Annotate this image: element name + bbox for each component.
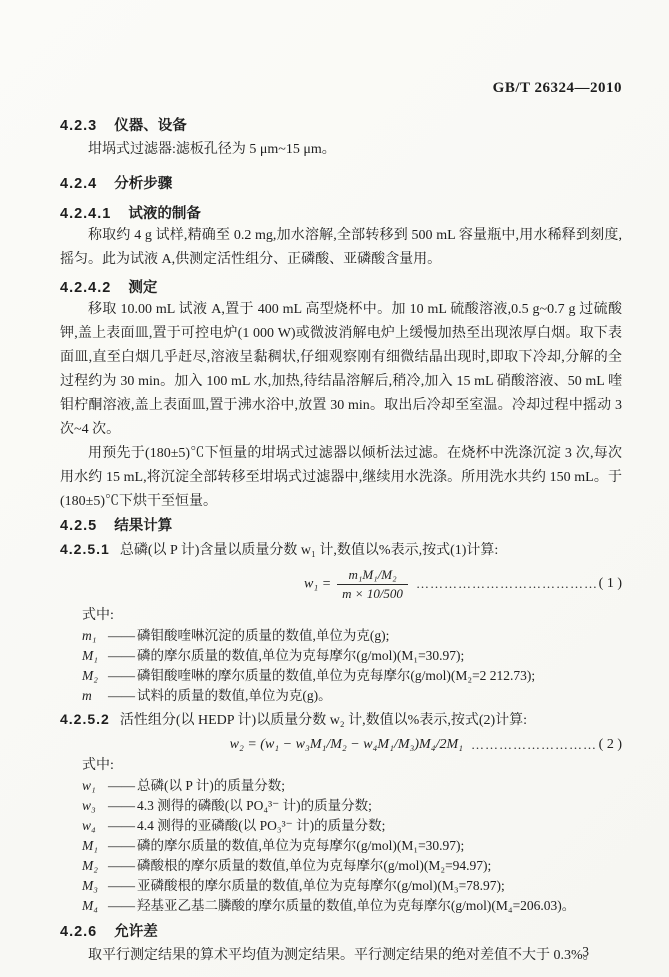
definition-row: M₂ —— 磷酸根的摩尔质量的数值,单位为克每摩尔(g/mol)(M₂=94.9… — [60, 856, 622, 876]
symbol: M₃ — [82, 876, 108, 896]
dot-leader: …………………………………………………… — [416, 576, 597, 592]
paragraph-tolerance: 取平行测定结果的算术平均值为测定结果。平行测定结果的绝对差值不大于 0.3%。 — [60, 944, 622, 968]
heading-4-2-4-1: 4.2.4.1 试液的制备 — [60, 206, 622, 222]
definition-text: 4.4 测得的亚磷酸(以 PO₃³⁻ 计)的质量分数; — [137, 816, 622, 836]
symbol: w₃ — [82, 796, 108, 816]
definition-row: M₂ —— 磷钼酸喹啉的摩尔质量的数值,单位为克每摩尔(g/mol)(M₂=2 … — [60, 666, 622, 686]
fraction-numerator: m₁M₁/M₂ — [337, 567, 408, 585]
clause-4-2-5-1: 4.2.5.1总磷(以 P 计)含量以质量分数 w₁ 计,数值以%表示,按式(1… — [60, 538, 622, 562]
clause-number: 4.2.5 — [60, 518, 97, 534]
dash: —— — [108, 876, 135, 896]
clause-number: 4.2.5.1 — [60, 541, 110, 557]
symbol: w₁ — [82, 776, 108, 796]
standard-number: GB/T 26324—2010 — [60, 80, 622, 98]
clause-number: 4.2.3 — [60, 118, 97, 134]
page-content: GB/T 26324—2010 4.2.3 仪器、设备 坩埚式过滤器:滤板孔径为… — [60, 80, 622, 968]
fraction: m₁M₁/M₂m × 10/500 — [337, 567, 408, 602]
paragraph-determination-1: 移取 10.00 mL 试液 A,置于 400 mL 高型烧杯中。加 10 mL… — [60, 298, 622, 442]
definition-row: w₄ —— 4.4 测得的亚磷酸(以 PO₃³⁻ 计)的质量分数; — [60, 816, 622, 836]
formula-1: w₁ =m₁M₁/M₂m × 10/500 ………………………………………………… — [60, 564, 622, 604]
page-number: 3 — [582, 944, 589, 960]
where-label: 式中: — [60, 606, 622, 626]
heading-4-2-4: 4.2.4 分析步骤 — [60, 176, 622, 192]
symbol: m — [82, 686, 108, 706]
clause-intro: 活性组分(以 HEDP 计)以质量分数 w₂ 计,数值以%表示,按式(2)计算: — [120, 713, 527, 728]
dash: —— — [108, 836, 135, 856]
definition-text: 磷钼酸喹啉的摩尔质量的数值,单位为克每摩尔(g/mol)(M₂=2 212.73… — [137, 666, 622, 686]
clause-title: 试液的制备 — [128, 206, 201, 222]
definition-text: 磷的摩尔质量的数值,单位为克每摩尔(g/mol)(M₁=30.97); — [137, 836, 622, 856]
symbol: M₄ — [82, 896, 108, 916]
clause-title: 允许差 — [114, 924, 158, 940]
clause-4-2-5-2: 4.2.5.2活性组分(以 HEDP 计)以质量分数 w₂ 计,数值以%表示,按… — [60, 708, 622, 732]
definition-row: m —— 试料的质量的数值,单位为克(g)。 — [60, 686, 622, 706]
clause-number: 4.2.6 — [60, 924, 97, 940]
clause-title: 结果计算 — [114, 518, 172, 534]
heading-4-2-6: 4.2.6 允许差 — [60, 924, 622, 940]
definition-text: 4.3 测得的磷酸(以 PO₄³⁻ 计)的质量分数; — [137, 796, 622, 816]
clause-title: 分析步骤 — [114, 176, 172, 192]
definition-row: M₁ —— 磷的摩尔质量的数值,单位为克每摩尔(g/mol)(M₁=30.97)… — [60, 646, 622, 666]
heading-4-2-3: 4.2.3 仪器、设备 — [60, 118, 622, 134]
definition-text: 总磷(以 P 计)的质量分数; — [137, 776, 622, 796]
dash: —— — [108, 686, 135, 706]
dash: —— — [108, 646, 135, 666]
dash: —— — [108, 816, 135, 836]
where-label: 式中: — [60, 756, 622, 776]
symbol: M₂ — [82, 666, 108, 686]
definition-row: w₃ —— 4.3 测得的磷酸(以 PO₄³⁻ 计)的质量分数; — [60, 796, 622, 816]
clause-title: 仪器、设备 — [114, 118, 187, 134]
clause-number: 4.2.4.2 — [60, 280, 111, 296]
clause-number: 4.2.4.1 — [60, 206, 111, 222]
definition-text: 试料的质量的数值,单位为克(g)。 — [137, 686, 622, 706]
formula-1-expression: w₁ =m₁M₁/M₂m × 10/500 — [304, 567, 408, 602]
symbol: M₁ — [82, 836, 108, 856]
equation-number: ( 1 ) — [599, 576, 622, 592]
clause-title: 测定 — [128, 280, 157, 296]
dash: —— — [108, 896, 135, 916]
definition-text: 亚磷酸根的摩尔质量的数值,单位为克每摩尔(g/mol)(M₃=78.97); — [137, 876, 622, 896]
symbol: M₁ — [82, 646, 108, 666]
equation-number: ( 2 ) — [599, 737, 622, 753]
document-page: GB/T 26324—2010 4.2.3 仪器、设备 坩埚式过滤器:滤板孔径为… — [0, 0, 669, 977]
dash: —— — [108, 626, 135, 646]
formula-2: w₂ = (w₁ − w₃M₁/M₂ − w₄M₁/M₃)M₄/2M₁ …………… — [60, 734, 622, 756]
fraction-denominator: m × 10/500 — [337, 585, 408, 602]
dot-leader: …………………………………………………… — [471, 737, 597, 753]
definition-row: w₁ —— 总磷(以 P 计)的质量分数; — [60, 776, 622, 796]
definition-text: 磷酸根的摩尔质量的数值,单位为克每摩尔(g/mol)(M₂=94.97); — [137, 856, 622, 876]
definition-text: 磷钼酸喹啉沉淀的质量的数值,单位为克(g); — [137, 626, 622, 646]
paragraph-sample-preparation: 称取约 4 g 试样,精确至 0.2 mg,加水溶解,全部转移到 500 mL … — [60, 224, 622, 272]
definition-text: 羟基亚乙基二膦酸的摩尔质量的数值,单位为克每摩尔(g/mol)(M₄=206.0… — [137, 896, 622, 916]
definition-row: M₃ —— 亚磷酸根的摩尔质量的数值,单位为克每摩尔(g/mol)(M₃=78.… — [60, 876, 622, 896]
clause-number: 4.2.5.2 — [60, 711, 110, 727]
formula-lhs: w₁ = — [304, 576, 331, 591]
dash: —— — [108, 666, 135, 686]
paragraph-filter-spec: 坩埚式过滤器:滤板孔径为 5 μm~15 μm。 — [60, 138, 622, 162]
formula-2-expression: w₂ = (w₁ − w₃M₁/M₂ − w₄M₁/M₃)M₄/2M₁ — [230, 737, 463, 753]
heading-4-2-5: 4.2.5 结果计算 — [60, 518, 622, 534]
definition-row: M₄ —— 羟基亚乙基二膦酸的摩尔质量的数值,单位为克每摩尔(g/mol)(M₄… — [60, 896, 622, 916]
symbol: M₂ — [82, 856, 108, 876]
paragraph-determination-2: 用预先于(180±5)℃下恒量的坩埚式过滤器以倾析法过滤。在烧杯中洗涤沉淀 3 … — [60, 442, 622, 514]
dash: —— — [108, 796, 135, 816]
definition-text: 磷的摩尔质量的数值,单位为克每摩尔(g/mol)(M₁=30.97); — [137, 646, 622, 666]
symbol: w₄ — [82, 816, 108, 836]
definition-row: M₁ —— 磷的摩尔质量的数值,单位为克每摩尔(g/mol)(M₁=30.97)… — [60, 836, 622, 856]
definition-row: m₁ —— 磷钼酸喹啉沉淀的质量的数值,单位为克(g); — [60, 626, 622, 646]
symbol: m₁ — [82, 626, 108, 646]
dash: —— — [108, 776, 135, 796]
heading-4-2-4-2: 4.2.4.2 测定 — [60, 280, 622, 296]
clause-intro: 总磷(以 P 计)含量以质量分数 w₁ 计,数值以%表示,按式(1)计算: — [120, 543, 498, 558]
dash: —— — [108, 856, 135, 876]
clause-number: 4.2.4 — [60, 176, 97, 192]
